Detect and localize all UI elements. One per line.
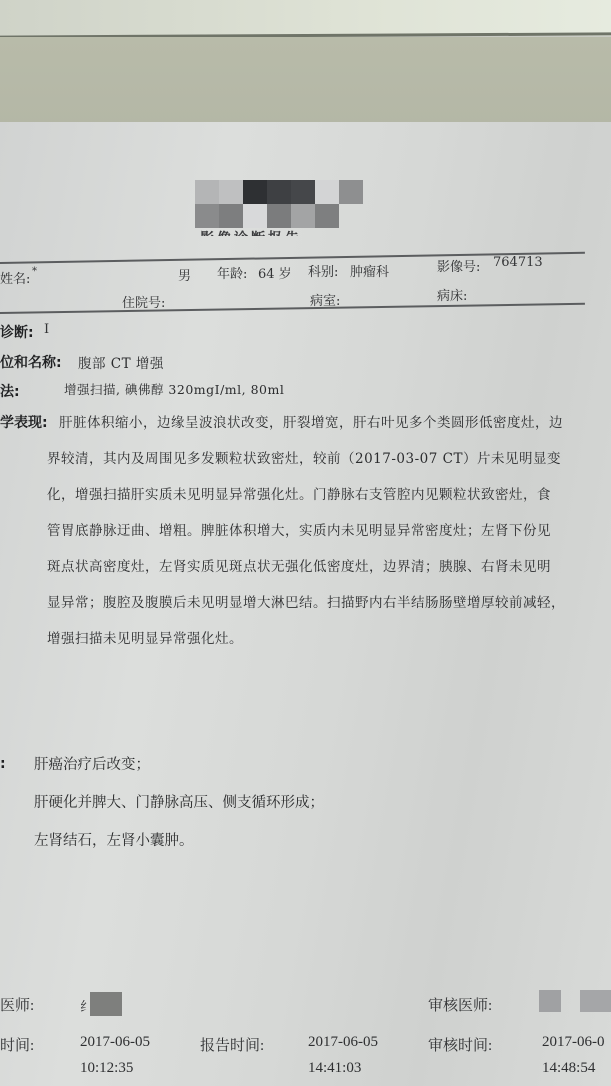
report-date: 2017-06-05 [308, 1034, 378, 1051]
report-time-label: 报告时间: [200, 1034, 264, 1055]
impression-line: 肝硬化并脾大、门静脉高压、侧支循环形成； [34, 784, 324, 822]
impression-line: 左肾结石，左肾小囊肿。 [34, 822, 324, 860]
image-number-label: 影像号: [437, 256, 480, 275]
impression-label: : [0, 756, 6, 772]
findings-line: 增强扫描未见明显异常强化灶。 [47, 621, 607, 657]
findings-line: 管胃底静脉迂曲、增粗。脾脏体积增大，实质内未见明显异常密度灶；左肾下份见 [47, 513, 607, 549]
clinical-diagnosis-value: I [44, 322, 49, 337]
impression-line: 肝癌治疗后改变； [34, 746, 324, 784]
exam-time: 10:12:35 [80, 1060, 133, 1077]
exam-time-label: 时间: [0, 1034, 34, 1055]
review-time-label: 审核时间: [428, 1034, 492, 1055]
findings-label: 学表现: [0, 412, 48, 432]
findings-line: 肝脏体积缩小，边缘呈波浪状改变，肝裂增宽，肝右叶见多个类圆形低密度灶，边 [59, 405, 607, 441]
exam-date: 2017-06-05 [80, 1034, 150, 1051]
findings-text: 肝脏体积缩小，边缘呈波浪状改变，肝裂增宽，肝右叶见多个类圆形低密度灶，边 界较清… [47, 405, 607, 657]
patient-name-value: * [32, 266, 37, 277]
report-title-partial: 影像诊断报告 [200, 228, 302, 236]
exam-part-label: 位和名称: [0, 352, 62, 372]
patient-dept-value: 肿瘤科 [350, 261, 389, 280]
findings-line: 显异常；腹腔及腹膜后未见明显增大淋巴结。扫描野内右半结肠肠壁增厚较前减轻， [47, 585, 607, 621]
patient-age-value: 64 岁 [258, 263, 292, 282]
impression-text: 肝癌治疗后改变； 肝硬化并脾大、门静脉高压、侧支循环形成； 左肾结石，左肾小囊肿… [34, 746, 324, 860]
reviewer-name-redacted [539, 990, 561, 1012]
doctor-name-redacted [90, 992, 122, 1016]
patient-name-label: 姓名: [0, 268, 30, 287]
admission-number-label: 住院号: [122, 292, 165, 311]
doctor-label: 医师: [0, 994, 34, 1015]
findings-line: 界较清，其内及周围见多发颗粒状致密灶，较前（2017-03-07 CT）片未见明… [47, 441, 607, 477]
exam-method-label: 法: [0, 381, 20, 401]
background-paper-under [0, 37, 611, 127]
bed-label: 病床: [437, 285, 467, 304]
background-paper-top [0, 0, 611, 36]
exam-part-value: 腹部 CT 增强 [78, 352, 164, 372]
patient-gender: 男 [178, 265, 191, 284]
report-title-redacted [195, 180, 363, 228]
clinical-diagnosis-label: 诊断: [0, 322, 34, 342]
review-date: 2017-06-0 [542, 1034, 605, 1051]
exam-method-value: 增强扫描, 碘佛醇 320mgI/ml, 80ml [64, 380, 284, 398]
patient-dept-label: 科别: [308, 261, 338, 280]
findings-line: 化，增强扫描肝实质未见明显异常强化灶。门静脉右支管腔内见颗粒状致密灶，食 [47, 477, 607, 513]
review-time: 14:48:54 [542, 1060, 595, 1077]
reviewer-name-redacted [580, 990, 611, 1012]
reviewer-label: 审核医师: [428, 994, 492, 1015]
findings-line: 斑点状高密度灶，左肾实质见斑点状无强化低密度灶，边界清；胰腺、右肾未见明 [47, 549, 607, 585]
report-time: 14:41:03 [308, 1060, 361, 1077]
patient-age-label: 年龄: [217, 263, 247, 282]
image-number-value: 764713 [493, 255, 543, 270]
